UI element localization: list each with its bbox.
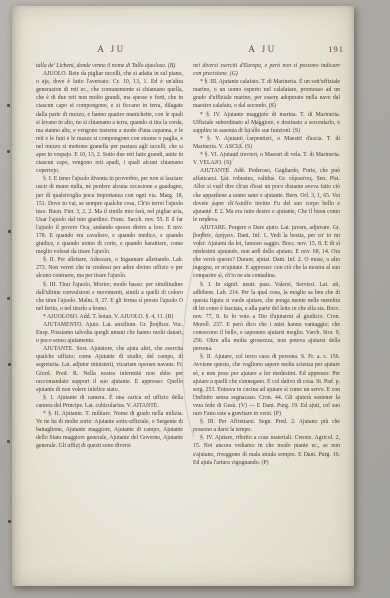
- paragraph: §. IV. Ajutare, riferito a cose material…: [193, 434, 340, 466]
- book-page: A JU A JU 191 talla de' Licheni, donde v…: [12, 6, 354, 586]
- paragraph: * §. II. Ajutante. T. militare. Nome di …: [36, 410, 183, 450]
- running-title-right: A JU: [248, 44, 276, 54]
- paragraph: AJUTANTE. Sost. Ajutatore, che ajuta alt…: [36, 345, 183, 394]
- paragraph: * AJUOLOSO. Add. T. botan. V. AJUOLO. §.…: [36, 313, 183, 321]
- running-title-right-cell: A JU 191: [187, 44, 338, 54]
- scan-background: A JU A JU 191 talla de' Licheni, donde v…: [0, 0, 390, 598]
- page-number: 191: [328, 44, 344, 54]
- paragraph: §. I. In signif. neutr. pass. Valersi, S…: [193, 281, 340, 354]
- left-column: talla de' Licheni, donde venne il nome d…: [36, 62, 183, 467]
- right-column: nei diversi eserciti d'Europa, e però no…: [193, 62, 340, 467]
- paragraph: §. I. E tener l'ajuolo diventa in prover…: [36, 175, 183, 256]
- page-header: A JU A JU 191: [36, 44, 338, 54]
- paragraph: §. III. Per Affrettarsi. Segn. Pred. 2. …: [193, 418, 340, 434]
- paragraph: AJUTAMENTO. Ajuto. Lat. auxilium. Gr. βο…: [36, 321, 183, 345]
- paragraph: AJUTARE. Porgere o Dare ajuto. Lat. juva…: [193, 224, 340, 281]
- text-columns: talla de' Licheni, donde venne il nome d…: [12, 60, 354, 467]
- paragraph: §. II. Per allettare, Adescare, o Ingann…: [36, 256, 183, 280]
- paragraph: §. III. Tirar l'ajuolo, Morire; modo bas…: [36, 281, 183, 313]
- paragraph: nei diversi eserciti d'Europa, e però no…: [193, 62, 340, 78]
- paragraph: talla de' Licheni, donde venne il nome d…: [36, 62, 183, 70]
- paragraph: * §. III. Ajutante calafato. T. di Marin…: [193, 78, 340, 110]
- scan-speck-marks: [7, 104, 10, 107]
- paragraph: AJUOLO. Rete da pigliar uccelli, che si …: [36, 70, 183, 175]
- paragraph: * §. VI. Ajutanti trevieri, o Maestri di…: [193, 151, 340, 167]
- paragraph: §. I. Ajutante di camera. È una carica e…: [36, 394, 183, 410]
- paragraph: §. II. Ajutare, col terzo caso di person…: [193, 353, 340, 418]
- paragraph: * §. IV. Ajutante maggiore di marina. T.…: [193, 111, 340, 135]
- running-title-left: A JU: [36, 44, 187, 54]
- paragraph: * §. V. Ajutanti carpentieri, o Maestri …: [193, 135, 340, 151]
- paragraph: AJUTANTE. Add. Poderoso, Gagliardo, Fort…: [193, 167, 340, 224]
